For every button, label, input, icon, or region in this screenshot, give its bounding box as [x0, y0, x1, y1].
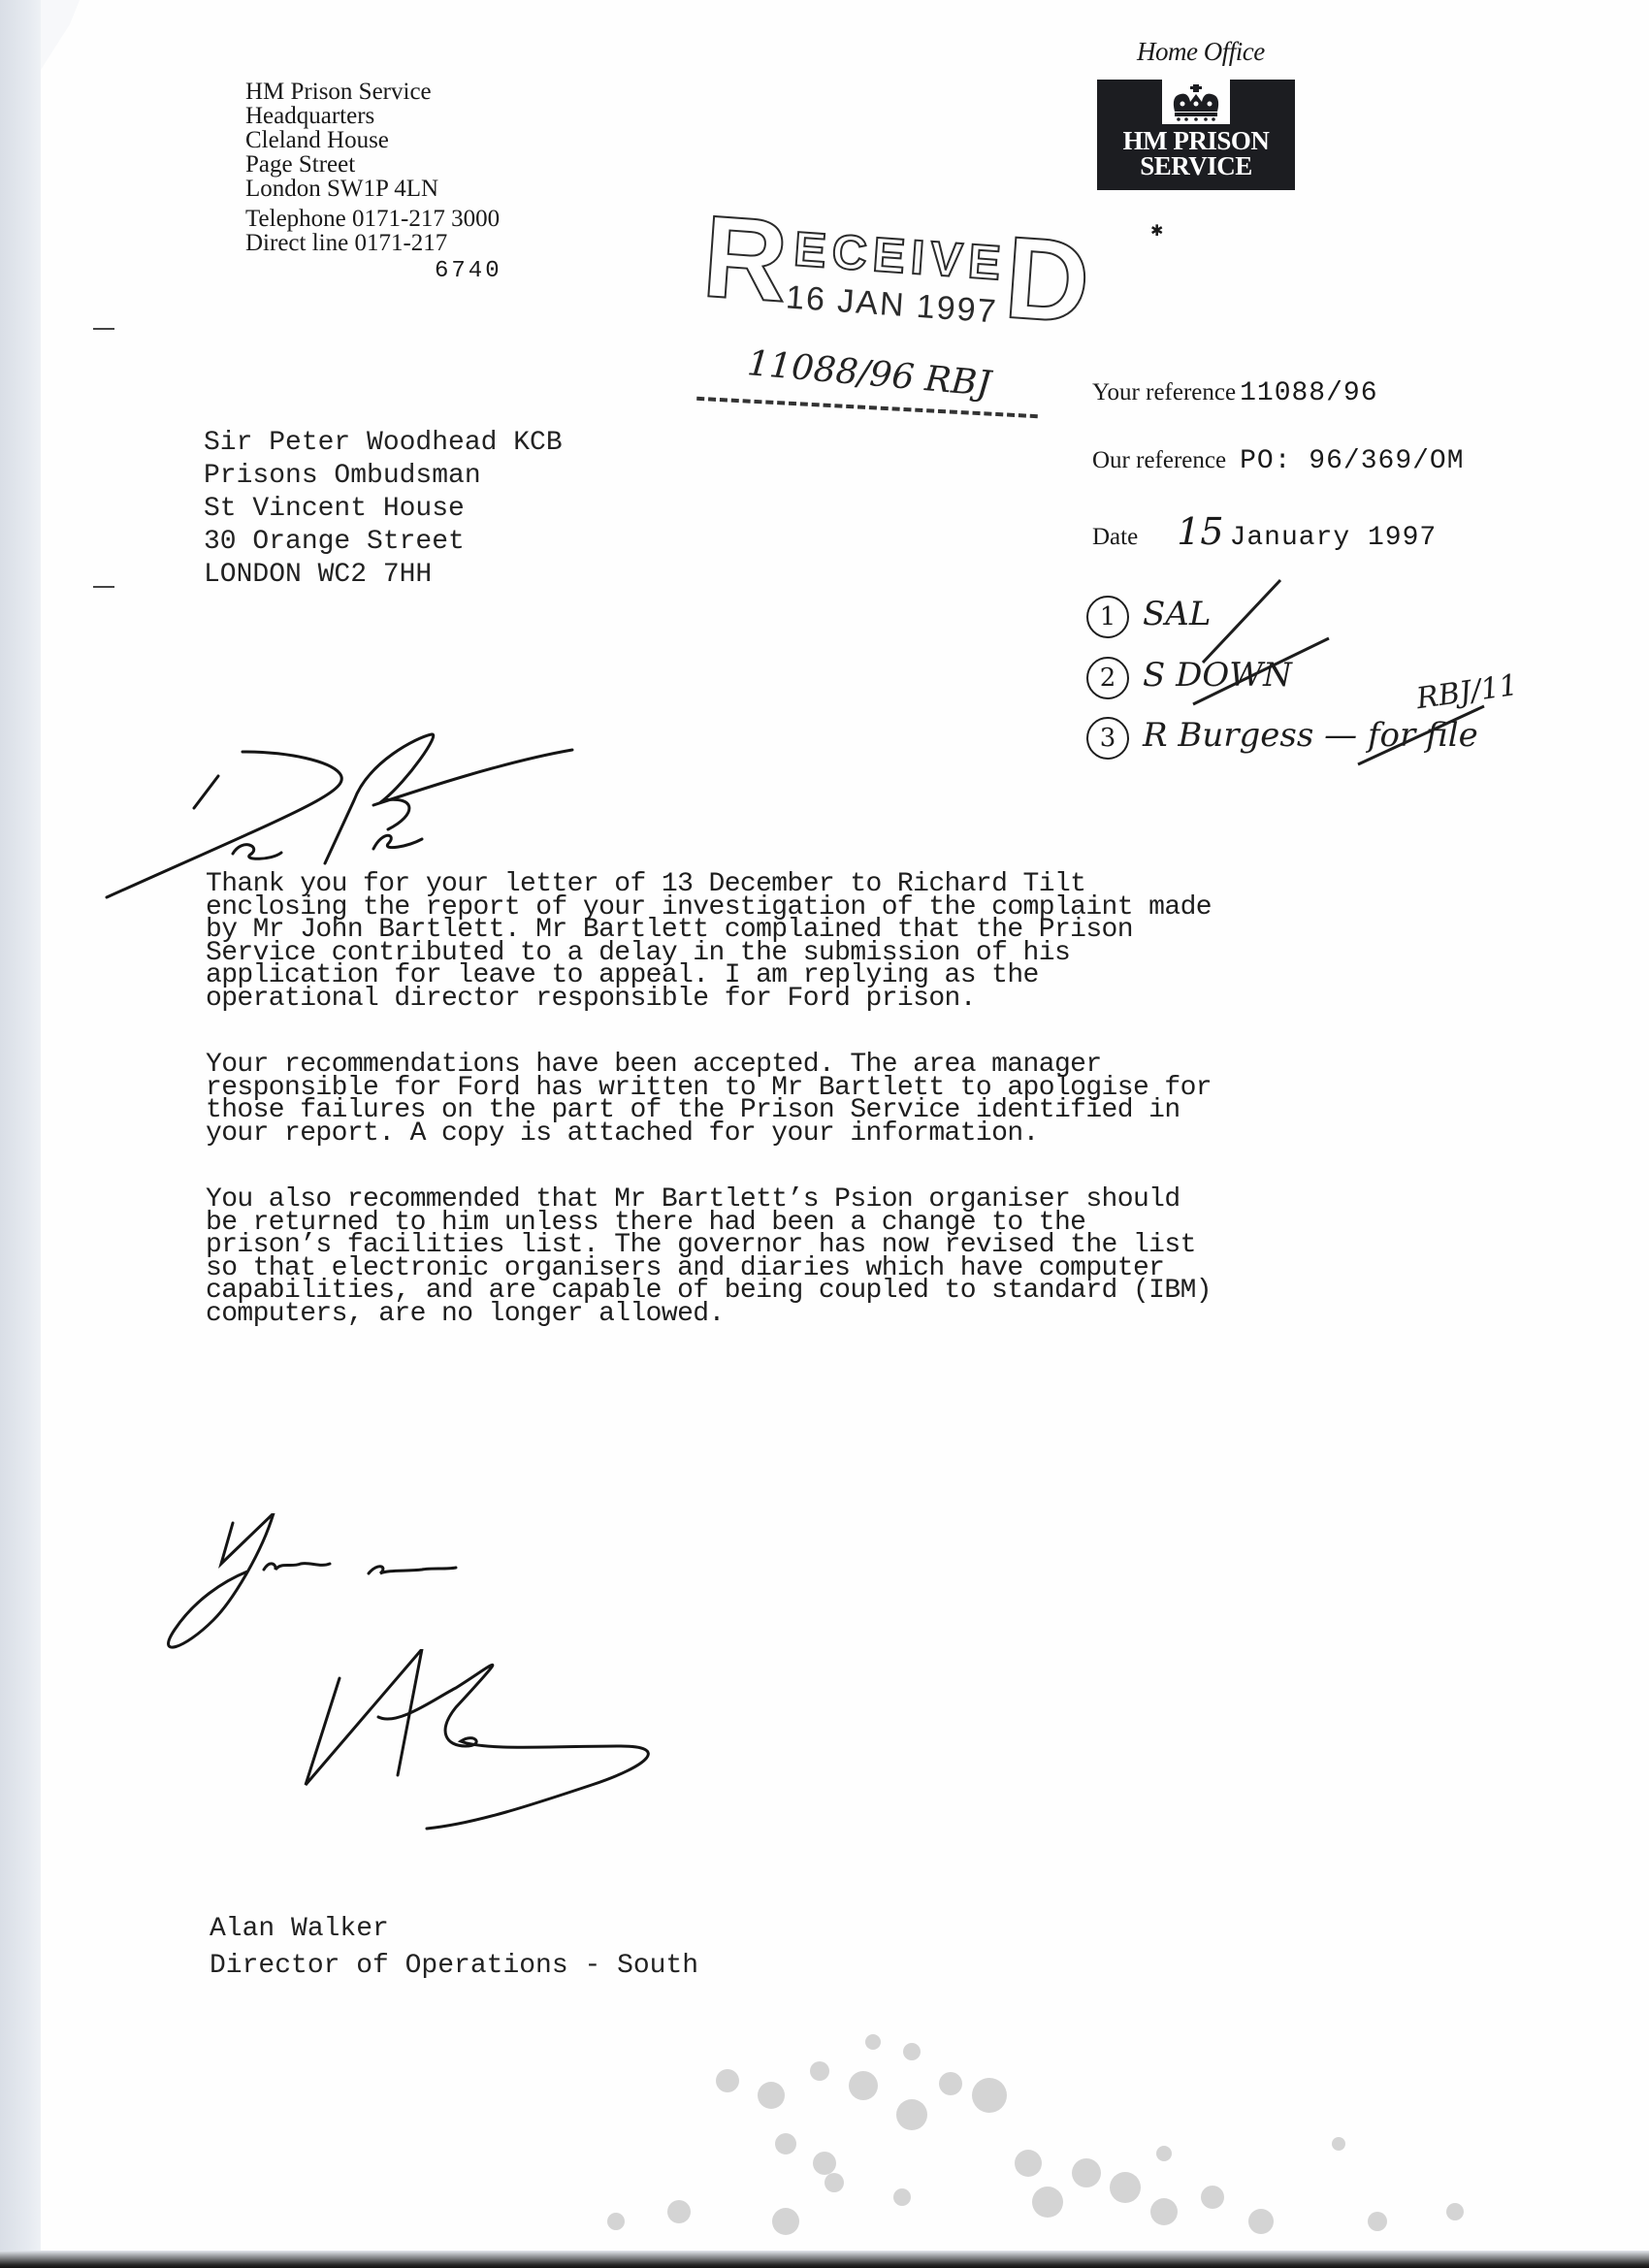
routing-number: 3: [1086, 717, 1129, 760]
paragraph: Your recommendations have been accepted.…: [206, 1053, 1467, 1145]
received-stamp: RECEIVED 16 JAN 1997: [708, 189, 1077, 364]
address-line: London SW1P 4LN: [245, 177, 502, 201]
logo-line-2: SERVICE: [1097, 153, 1295, 178]
our-reference-label: Our reference: [1092, 447, 1226, 473]
paragraph: You also recommended that Mr Bartlett’s …: [206, 1188, 1467, 1325]
recipient-line: 30 Orange Street: [204, 526, 563, 559]
signatory-block: Alan Walker Director of Operations - Sou…: [210, 1911, 698, 1985]
signatory-name: Alan Walker: [210, 1911, 698, 1948]
routing-number: 2: [1086, 657, 1129, 699]
direct-line: Direct line 0171-217: [245, 231, 502, 255]
address-line: Page Street: [245, 152, 502, 177]
recipient-address: Sir Peter Woodhead KCB Prisons Ombudsman…: [204, 427, 563, 592]
your-reference-label: Your reference: [1092, 379, 1236, 405]
recipient-line: St Vincent House: [204, 493, 563, 526]
recipient-line: LONDON WC2 7HH: [204, 559, 563, 592]
letter-date: Date15January 1997: [1092, 510, 1437, 553]
your-reference-value: 11088/96: [1240, 378, 1377, 408]
hm-prison-service-logo: HM PRISON SERVICE: [1097, 80, 1295, 190]
address-line: Headquarters: [245, 104, 502, 128]
body-line: operational director responsible for For…: [206, 988, 1467, 1011]
letter-body: Thank you for your letter of 13 December…: [206, 873, 1467, 1369]
margin-tick: [93, 328, 114, 330]
signatory-title: Director of Operations - South: [210, 1948, 698, 1985]
department-name: Home Office: [1137, 37, 1265, 67]
date-day-handwritten: 15: [1138, 510, 1229, 553]
stamp-letters-middle: ECEIVE: [792, 221, 1009, 290]
telephone: Telephone 0171-217 3000: [245, 207, 502, 231]
water-stains: [582, 1989, 1552, 2251]
paragraph: Thank you for your letter of 13 December…: [206, 873, 1467, 1010]
stamp-letter-first: R: [699, 191, 798, 327]
address-line: HM Prison Service: [245, 80, 502, 104]
margin-tick: [93, 586, 114, 588]
date-typed: January 1997: [1230, 523, 1438, 553]
our-reference: Our reference PO: 96/369/OM: [1092, 446, 1465, 476]
signature-handwritten: Alan: [301, 1649, 747, 1872]
crown-icon: [1162, 80, 1230, 124]
your-reference: Your reference 11088/96: [1092, 378, 1378, 408]
scanner-edge: [0, 2251, 1649, 2268]
logo-line-1: HM PRISON: [1097, 128, 1295, 153]
recipient-line: Prisons Ombudsman: [204, 460, 563, 493]
sender-address: HM Prison Service Headquarters Cleland H…: [245, 80, 502, 283]
address-line: Cleland House: [245, 128, 502, 152]
stamp-word: RECEIVED: [698, 189, 1099, 350]
ink-mark: ✱: [1150, 221, 1163, 241]
logo-text: HM PRISON SERVICE: [1097, 128, 1295, 178]
routing-number: 1: [1086, 596, 1129, 638]
date-label: Date: [1092, 524, 1138, 550]
recipient-line: Sir Peter Woodhead KCB: [204, 427, 563, 460]
our-reference-value: PO: 96/369/OM: [1230, 446, 1464, 476]
direct-line-extension: 6740: [245, 259, 502, 283]
body-line: your report. A copy is attached for your…: [206, 1122, 1467, 1146]
scanner-background: [0, 0, 41, 2268]
stamp-letter-last: D: [1001, 212, 1100, 348]
body-line: computers, are no longer allowed.: [206, 1303, 1467, 1326]
routing-strike-lines: [1164, 570, 1649, 784]
